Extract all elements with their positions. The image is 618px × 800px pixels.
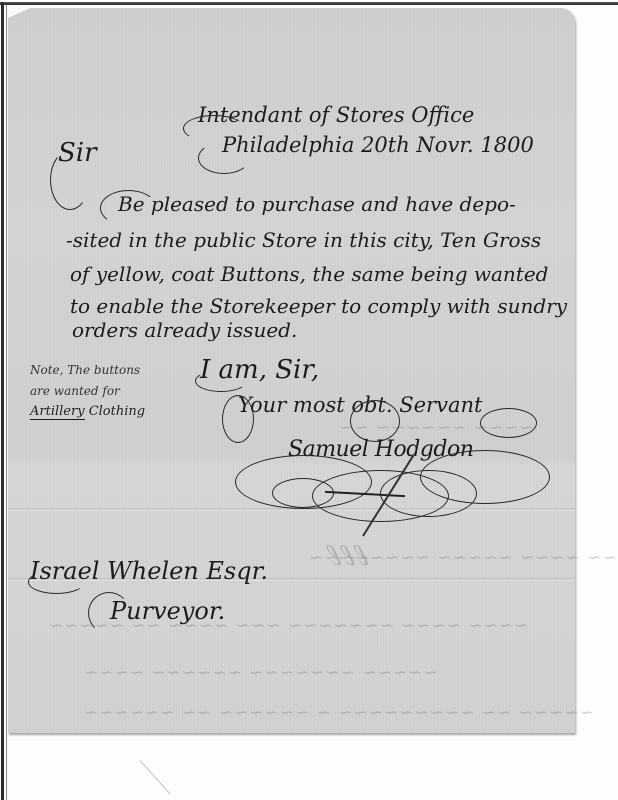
heading-place-date: Philadelphia 20th Novr. 1800 xyxy=(222,133,534,157)
addressee-title: Purveyor. xyxy=(110,597,225,625)
scanner-left-edge-inner xyxy=(6,5,7,800)
body-line-3: of yellow, coat Buttons, the same being … xyxy=(70,262,548,286)
bleed-through-text: ~~~~ ~~~~~~ ~~ xyxy=(335,418,537,438)
signature: Samuel Hodgdon xyxy=(288,437,473,462)
body-line-4: to enable the Storekeeper to comply with… xyxy=(70,294,567,318)
bleed-through-text: ~~~~~ ~~ ~~~~~~~~~ ~ ~~~~~~ ~~ ~~~~~~ xyxy=(80,703,597,723)
margin-note-clothing: Clothing xyxy=(89,404,145,419)
closing-line-2: Your most obt. Servant xyxy=(238,393,482,417)
margin-note-line-2: are wanted for xyxy=(30,384,120,398)
body-line-2: -sited in the public Store in this city,… xyxy=(66,228,541,252)
salutation: Sir xyxy=(58,138,97,168)
fold-line xyxy=(8,508,575,511)
margin-note-line-3: Artillery Clothing xyxy=(30,404,145,419)
body-line-1: Be pleased to purchase and have depo- xyxy=(118,192,516,216)
scanner-top-edge xyxy=(0,2,618,5)
folded-corner xyxy=(8,8,30,18)
bleed-through-text: ~~~~~ ~~~~~~~ ~~~~~~ ~~~~ xyxy=(80,663,441,683)
heading-office: Intendant of Stores Office xyxy=(198,103,474,127)
body-line-5: orders already issued. xyxy=(72,318,297,342)
scanner-left-edge xyxy=(1,2,4,800)
scan-stray-mark xyxy=(140,760,171,794)
addressee-name: Israel Whelen Esqr. xyxy=(30,557,268,585)
margin-note-artillery: Artillery xyxy=(30,404,85,420)
margin-note-line-1: Note, The buttons xyxy=(30,363,140,377)
closing-line-1: I am, Sir, xyxy=(200,355,319,385)
